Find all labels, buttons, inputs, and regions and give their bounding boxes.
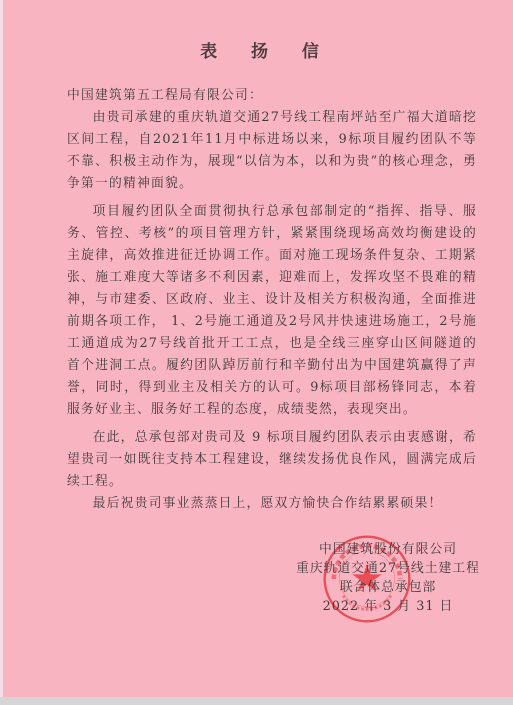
letter-body: 中国建筑第五工程局有限公司： 由贵司承建的重庆轨道交通27号线工程南坪站至广福大… [67, 85, 477, 515]
signature-block: 中国建筑股份有限公司 重庆轨道交通27号线土建工程 联合体总承包部 2022 年… [283, 540, 493, 616]
signature-project: 重庆轨道交通27号线土建工程 [283, 559, 493, 578]
signature-department: 联合体总承包部 [283, 578, 493, 597]
paragraph-1: 由贵司承建的重庆轨道交通27号线工程南坪站至广福大道暗挖区间工程，自2021年1… [67, 107, 477, 195]
paragraph-2: 项目履约团队全面贯彻执行总承包部制定的“指挥、指导、服务、管控、考核”的项目管理… [67, 201, 477, 421]
page-bottom-margin [0, 697, 513, 705]
signature-company: 中国建筑股份有限公司 [283, 540, 493, 559]
paragraph-3: 在此，总承包部对贵司及 9 标项目履约团队表示由衷感谢，希望贵司一如既往支持本工… [67, 427, 477, 493]
salutation: 中国建筑第五工程局有限公司： [67, 85, 477, 107]
paragraph-4: 最后祝贵司事业蒸蒸日上，愿双方愉快合作结累累硕果！ [67, 493, 477, 515]
signature-date: 2022 年 3 月 31 日 [283, 597, 493, 616]
letter-title: 表 扬 信 [3, 37, 513, 62]
letter-page: 表 扬 信 中国建筑第五工程局有限公司： 由贵司承建的重庆轨道交通27号线工程南… [0, 0, 513, 697]
